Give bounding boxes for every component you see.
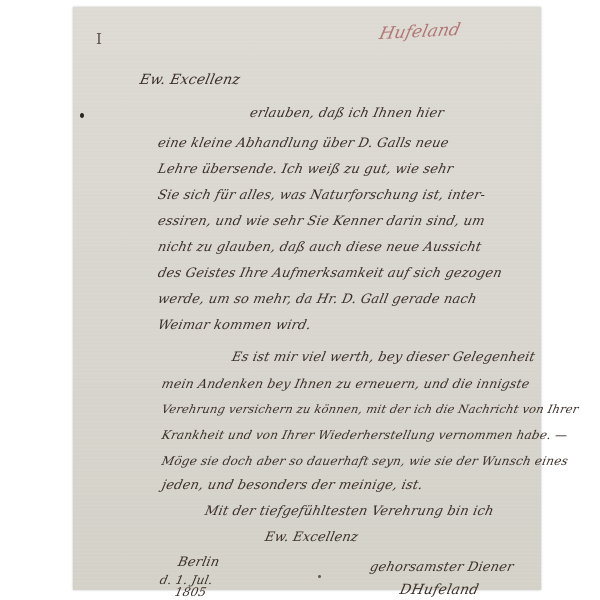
body-line: erlauben, daß ich Ihnen hier [248, 106, 445, 121]
body-line: werde, um so mehr, da Hr. D. Gall gerade… [156, 292, 478, 307]
year: 1805 [174, 585, 208, 599]
body-line: Es ist mir viel werth, bey dieser Gelege… [230, 350, 536, 365]
ink-spot [80, 113, 84, 118]
body-line: Sie sich für alles, was Naturforschung i… [156, 188, 486, 203]
body-line: eine kleine Abhandlung über D. Galls neu… [156, 136, 450, 151]
body-line: Krankheit und von Ihrer Wiederherstellun… [161, 428, 569, 442]
body-line: Lehre übersende. Ich weiß zu gut, wie se… [156, 162, 454, 177]
body-line: nicht zu glauben, daß auch diese neue Au… [156, 240, 482, 255]
body-line: jeden, und besonders der meinige, ist. [160, 478, 424, 493]
body-line: mein Andenken bey Ihnen zu erneuern, und… [160, 376, 531, 391]
place: Berlin [176, 555, 221, 570]
body-line: Weimar kommen wird. [156, 318, 312, 333]
ink-spot [318, 575, 321, 578]
body-line: des Geistes Ihre Aufmerksamkeit auf sich… [156, 266, 503, 281]
page-marker: I [96, 30, 102, 48]
body-line: essiren, und wie sehr Sie Kenner darin s… [156, 214, 486, 229]
closing-address: Ew. Excellenz [263, 530, 359, 545]
body-line: Möge sie doch aber so dauerhaft seyn, wi… [161, 454, 570, 468]
closing-line: Mit der tiefgefühltesten Verehrung bin i… [203, 504, 495, 519]
salutation: Ew. Excellenz [138, 72, 241, 88]
body-line: Verehrung versichern zu können, mit der … [161, 402, 581, 416]
valediction: gehorsamster Diener [368, 560, 515, 575]
signature: DHufeland [398, 582, 480, 598]
